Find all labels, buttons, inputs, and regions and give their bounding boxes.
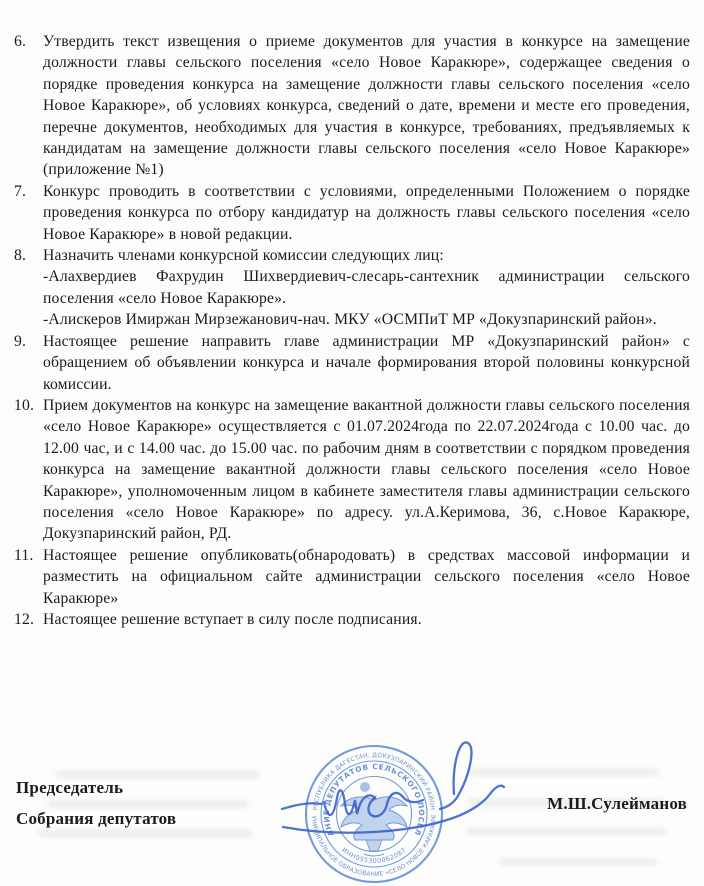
list-item-12: 12. Настоящее решение вступает в силу по… <box>14 609 690 630</box>
item-number: 8. <box>14 245 41 266</box>
official-stamp: РЕСПУБЛИКА ДАГЕСТАН, ДОКУЗПАРИНСКИЙ РАЙО… <box>238 724 510 886</box>
signatory-title-line2: Собрания депутатов <box>16 803 176 834</box>
commission-member-2: -Алискеров Имиржан Мирзежанович-нач. МКУ… <box>43 309 690 330</box>
signatory-title-line1: Председатель <box>16 772 176 803</box>
item-text: Назначить членами конкурсной комиссии сл… <box>43 245 690 266</box>
signatory-title: Председатель Собрания депутатов <box>16 772 176 834</box>
item-number: 10. <box>14 395 41 416</box>
item-text: Настоящее решение опубликовать(обнародов… <box>43 545 690 609</box>
item-text: Настоящее решение направить главе админи… <box>43 331 690 395</box>
item-number: 6. <box>14 31 41 52</box>
item-text: Утвердить текст извещения о приеме докум… <box>43 31 690 181</box>
list-item-8: 8. Назначить членами конкурсной комиссии… <box>14 245 690 331</box>
scanned-document-page: 6. Утвердить текст извещения о приеме до… <box>0 0 704 886</box>
item-number: 11. <box>14 545 41 566</box>
bleedthrough-smudge <box>498 858 658 866</box>
item-text: Настоящее решение вступает в силу после … <box>43 609 690 630</box>
item-number: 9. <box>14 331 41 352</box>
item-text: Прием документов на конкурс на замещение… <box>43 395 690 545</box>
signatory-name: М.Ш.Сулейманов <box>547 794 687 814</box>
resolution-body: 6. Утвердить текст извещения о приеме до… <box>14 31 690 630</box>
item-number: 12. <box>14 609 41 630</box>
commission-member-1: -Алахвердиев Фахрудин Шихвердиевич-слеса… <box>43 266 690 309</box>
item-number: 7. <box>14 181 41 202</box>
item-text: Конкурс проводить в соответствии с услов… <box>43 181 690 245</box>
list-item-9: 9. Настоящее решение направить главе адм… <box>14 331 690 395</box>
list-item-10: 10. Прием документов на конкурс на замещ… <box>14 395 690 545</box>
list-item-6: 6. Утвердить текст извещения о приеме до… <box>14 31 690 181</box>
list-item-7: 7. Конкурс проводить в соответствии с ус… <box>14 181 690 245</box>
list-item-11: 11. Настоящее решение опубликовать(обнар… <box>14 545 690 609</box>
